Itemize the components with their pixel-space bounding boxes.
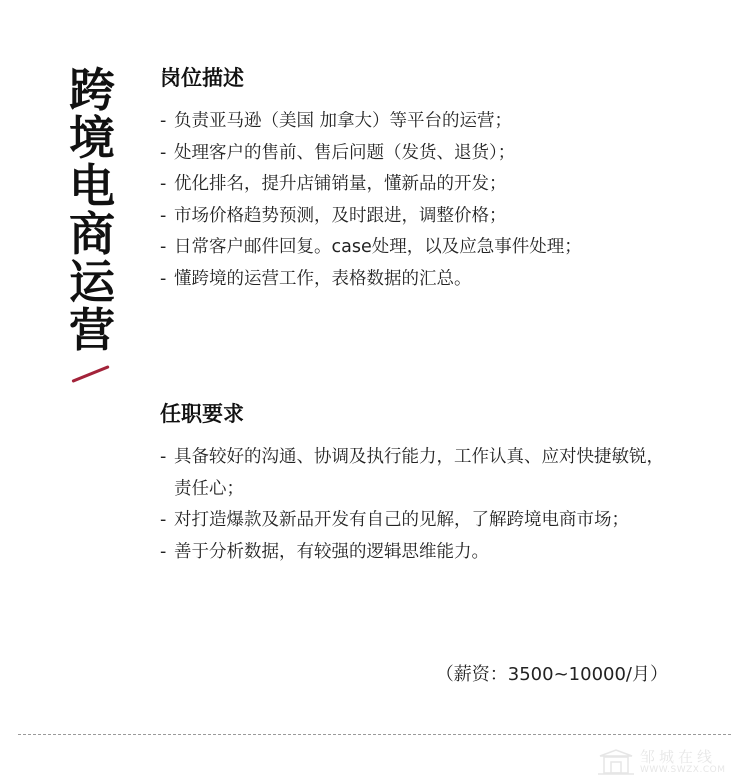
list-item-text: 善于分析数据，有较强的逻辑思维能力。 [174,537,700,569]
title-char: 商 [69,210,115,258]
title-char: 跨 [69,66,115,114]
list-item-text: 市场价格趋势预测，及时跟进，调整价格； [174,201,700,233]
job-requirements-heading: 任职要求 [160,400,700,428]
watermark-text: 邹城在线 WWW.SWZX.COM [640,749,725,776]
bullet-dash: - [160,169,174,201]
bullet-dash: - [160,106,174,138]
building-logo-icon [596,748,636,776]
watermark-url: WWW.SWZX.COM [640,765,725,776]
bullet-dash: - [160,505,174,537]
bullet-dash: - [160,138,174,170]
list-item-text: 懂跨境的运营工作，表格数据的汇总。 [174,264,700,296]
list-item: - 负责亚马逊（美国 加拿大）等平台的运营； [160,106,700,138]
title-char: 电 [69,162,115,210]
job-description-heading: 岗位描述 [160,64,700,92]
list-item-text: 日常客户邮件回复。case处理，以及应急事件处理； [174,232,700,264]
watermark-site-name: 邹城在线 [640,749,725,765]
bullet-dash: - [160,201,174,233]
list-item: - 市场价格趋势预测，及时跟进，调整价格； [160,201,700,233]
bullet-dash: - [160,442,174,505]
title-char: 运 [69,258,115,306]
job-requirements-list: - 具备较好的沟通、协调及执行能力，工作认真、应对快捷敏锐，责任心； - 对打造… [160,442,700,568]
vertical-job-title: 跨 境 电 商 运 营 [64,66,120,354]
title-char: 营 [69,306,115,354]
list-item: - 处理客户的售前、售后问题（发货、退货）； [160,138,700,170]
list-item: - 具备较好的沟通、协调及执行能力，工作认真、应对快捷敏锐，责任心； [160,442,700,505]
list-item: - 善于分析数据，有较强的逻辑思维能力。 [160,537,700,569]
list-item-text: 对打造爆款及新品开发有自己的见解，了解跨境电商市场； [174,505,664,537]
list-item: - 日常客户邮件回复。case处理，以及应急事件处理； [160,232,700,264]
job-description-list: - 负责亚马逊（美国 加拿大）等平台的运营； - 处理客户的售前、售后问题（发货… [160,106,700,295]
site-watermark: 邹城在线 WWW.SWZX.COM [596,744,746,776]
list-item-text: 具备较好的沟通、协调及执行能力，工作认真、应对快捷敏锐，责任心； [174,442,664,505]
title-char: 境 [69,114,115,162]
bullet-dash: - [160,232,174,264]
job-description-section: 岗位描述 - 负责亚马逊（美国 加拿大）等平台的运营； - 处理客户的售前、售后… [160,64,700,295]
job-requirements-section: 任职要求 - 具备较好的沟通、协调及执行能力，工作认真、应对快捷敏锐，责任心； … [160,400,700,568]
list-item-text: 优化排名，提升店铺销量，懂新品的开发； [174,169,700,201]
bullet-dash: - [160,537,174,569]
dashed-divider [18,734,731,735]
accent-slash-decoration [71,365,109,383]
list-item: - 懂跨境的运营工作，表格数据的汇总。 [160,264,700,296]
list-item-text: 处理客户的售前、售后问题（发货、退货）； [174,138,700,170]
salary-range: （薪资：3500~10000/月） [436,662,668,688]
list-item: - 优化排名，提升店铺销量，懂新品的开发； [160,169,700,201]
list-item-text: 负责亚马逊（美国 加拿大）等平台的运营； [174,106,700,138]
list-item: - 对打造爆款及新品开发有自己的见解，了解跨境电商市场； [160,505,700,537]
bullet-dash: - [160,264,174,296]
